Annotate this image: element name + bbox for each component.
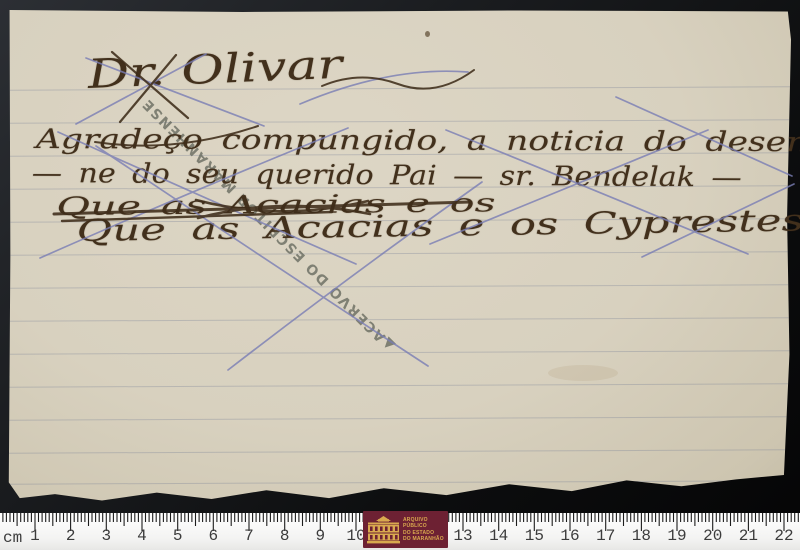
paper-stain	[548, 365, 618, 381]
ruler-number: 18	[632, 527, 651, 545]
ruler-number: 2	[66, 527, 76, 545]
ruled-line	[8, 251, 791, 255]
ruler-number: 8	[280, 527, 290, 545]
ruler-number: 6	[209, 527, 219, 545]
ruled-line	[8, 449, 791, 453]
ruler-number: 9	[316, 527, 326, 545]
ruler-number: 19	[667, 527, 686, 545]
ruler-number: 16	[560, 527, 579, 545]
paper-stain	[425, 31, 430, 37]
ruler-number: 21	[739, 527, 758, 545]
ruled-line	[8, 416, 791, 420]
ruler-number: 22	[774, 527, 793, 545]
ruler-number: 17	[596, 527, 615, 545]
building-icon	[367, 516, 400, 544]
ruler-number: 14	[489, 527, 508, 545]
archive-logo: ARQUIVO PÚBLICO DO ESTADO DO MARANHÃO	[363, 511, 448, 548]
ruled-line	[8, 284, 791, 288]
ruled-line	[8, 317, 791, 321]
ruled-line	[8, 383, 791, 387]
handwriting-line-1: Agradeço compungido, a noticia do desenc…	[36, 124, 800, 158]
ruled-line	[8, 350, 791, 354]
ruled-line	[8, 119, 791, 123]
ruler-number: 5	[173, 527, 183, 545]
archive-logo-text: ARQUIVO PÚBLICO DO ESTADO DO MARANHÃO	[403, 517, 444, 543]
ruler-number: 7	[244, 527, 254, 545]
scanned-document: ▲ACERVO DO ESCRITOR MARANHENSE Dr. Oliva…	[0, 0, 800, 550]
ruler-number: 3	[101, 527, 111, 545]
ruler-number: 15	[525, 527, 544, 545]
ruled-line	[8, 480, 791, 484]
ruler-number: 20	[703, 527, 722, 545]
ruler-number: 1	[30, 527, 40, 545]
ruler-number: 13	[453, 527, 472, 545]
ruler-number: 4	[137, 527, 147, 545]
logo-text-line: DO MARANHÃO	[403, 536, 444, 543]
handwriting-line-2: — ne do seu querido Pai — sr. Bendelak —	[32, 158, 742, 193]
ruler-unit-label: cm	[3, 529, 22, 547]
